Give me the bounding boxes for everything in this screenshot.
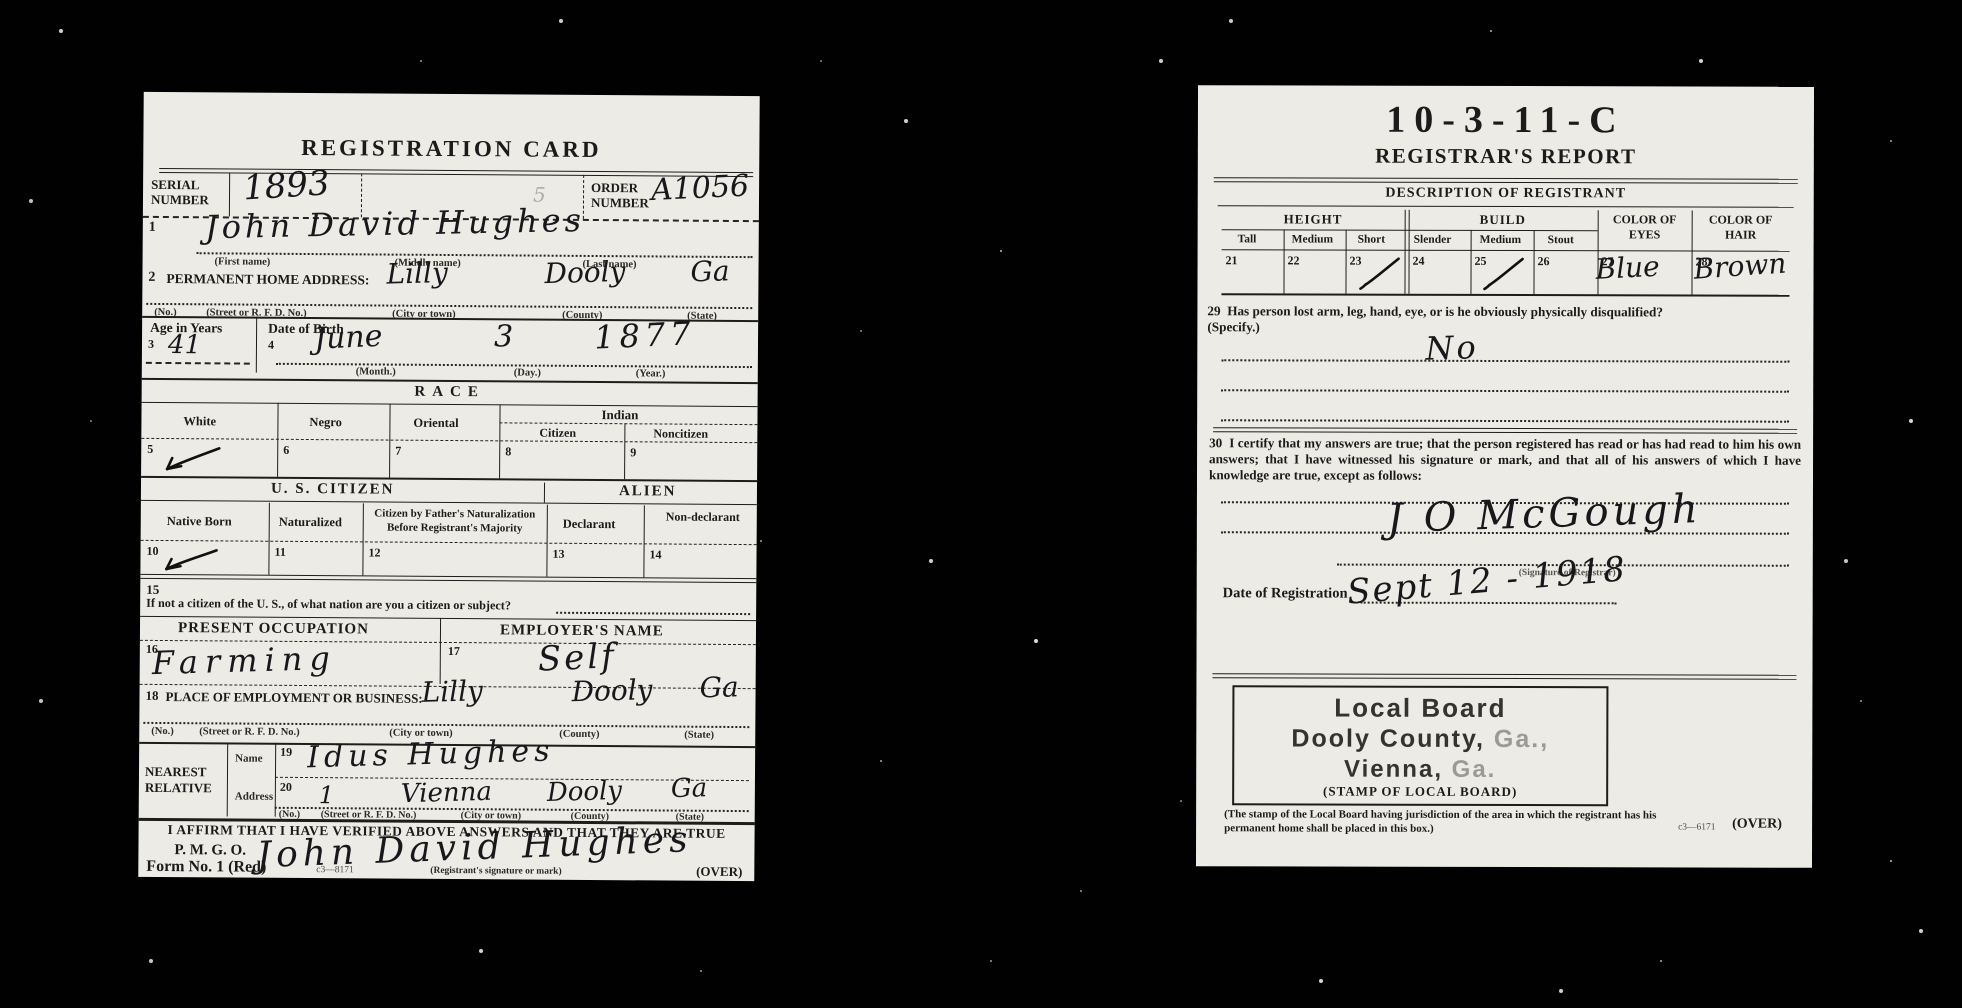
eyes-color-value: Blue	[1595, 253, 1660, 284]
father-naturalization-label: Citizen by Father's Naturalization Befor…	[369, 507, 541, 536]
divider	[268, 503, 270, 575]
name-label: Name	[235, 753, 263, 765]
stamp-line-1: Local Board	[1234, 692, 1606, 724]
pmgo-label: P. M. G. O.	[174, 842, 246, 859]
order-number-value: A1056	[650, 172, 749, 206]
registration-card: REGISTRATION CARD SERIAL NUMBER 1893 5 O…	[138, 92, 759, 881]
line-number: 19	[280, 745, 292, 760]
check-mark-white	[159, 446, 223, 472]
line-number: 2	[148, 270, 155, 286]
check-mark-native-born	[158, 548, 222, 572]
divider	[1283, 229, 1284, 293]
divider	[624, 423, 625, 479]
divider	[256, 317, 257, 373]
rule	[146, 362, 250, 365]
rule	[1218, 205, 1794, 208]
stamp-of-local-board-label: (STAMP OF LOCAL BOARD)	[1234, 783, 1606, 800]
rule	[1221, 389, 1789, 392]
specify-label: (Specify.)	[1207, 319, 1259, 335]
question-30-text: 30 I certify that my answers are true; t…	[1209, 435, 1801, 485]
state-label: (State)	[684, 730, 714, 741]
rule	[1212, 673, 1796, 680]
line-number: 20	[280, 780, 292, 795]
rule	[1221, 419, 1789, 422]
card-footer: P. M. G. O. Form No. 1 (Red) c3—8171 Joh…	[138, 838, 754, 881]
card-code: 10-3-11-C	[1198, 97, 1814, 143]
medium-label: Medium	[1292, 233, 1334, 245]
box-number: 12	[368, 545, 380, 560]
race-header: RACE	[142, 382, 758, 403]
birth-year-value: 1877	[593, 317, 696, 354]
nearest-relative-label: NEAREST RELATIVE	[145, 764, 212, 796]
day-label: (Day.)	[514, 367, 541, 378]
question-29-text: 29 Has person lost arm, leg, hand, eye, …	[1207, 303, 1807, 320]
stamp-line-2: Dooly County, Ga.,	[1234, 724, 1606, 754]
race-negro-label: Negro	[309, 415, 342, 430]
address-city-value: Lilly	[386, 259, 448, 289]
relative-addr-state-value: Ga	[671, 775, 708, 802]
short-label: Short	[1358, 234, 1386, 246]
employer-value: Self	[537, 639, 617, 677]
street-label: (Street or R. F. D. No.)	[199, 726, 299, 738]
box-number: 10	[146, 544, 158, 559]
divider	[1408, 210, 1409, 294]
birth-day-value: 3	[494, 322, 513, 352]
scanned-draft-card-page: REGISTRATION CARD SERIAL NUMBER 1893 5 O…	[0, 0, 1962, 1008]
film-speckles	[0, 0, 2, 2]
box-number: 7	[395, 444, 401, 459]
divider	[362, 503, 364, 575]
us-citizen-header: U. S. CITIZEN	[271, 481, 395, 499]
box-number: 24	[1413, 254, 1425, 269]
form-number-label: Form No. 1 (Red)	[146, 858, 266, 877]
box-number: 11	[274, 545, 285, 560]
color-of-hair-header: COLOR OF HAIR	[1694, 212, 1788, 242]
divider	[275, 743, 277, 817]
line15-question: If not a citizen of the U. S., of what n…	[146, 596, 511, 614]
stamp-footnote: (The stamp of the Local Board having jur…	[1224, 807, 1660, 837]
serial-number-label: SERIAL NUMBER	[151, 178, 209, 208]
color-of-eyes-header: COLOR OF EYES	[1600, 212, 1690, 242]
card-title: REGISTRAR'S REPORT	[1198, 143, 1814, 170]
divider	[227, 742, 229, 816]
relative-addr-city-value: Vienna	[401, 779, 493, 808]
alien-header: ALIEN	[619, 483, 677, 500]
employment-county-value: Dooly	[571, 676, 653, 706]
occupation-value: Farming	[151, 642, 337, 679]
year-label: (Year.)	[636, 368, 666, 379]
hair-color-value: Brown	[1693, 250, 1787, 284]
divider	[643, 505, 645, 577]
address-county-value: Dooly	[544, 258, 626, 288]
month-label: (Month.)	[356, 366, 396, 377]
age-dob-block: Age in Years Date of Birth 3 41 4 June 3…	[142, 316, 758, 384]
description-table: HEIGHT BUILD COLOR OF EYES COLOR OF HAIR…	[1221, 209, 1789, 294]
registrant-name-value: John David Hughes	[205, 204, 586, 243]
stamp-line-3: Vienna, Ga.	[1234, 755, 1606, 784]
divider	[1345, 230, 1346, 294]
age-value: 41	[168, 332, 201, 358]
description-header: DESCRIPTION OF REGISTRANT	[1198, 185, 1814, 203]
county-label: (County)	[559, 729, 599, 740]
stout-label: Stout	[1548, 234, 1574, 246]
box-number: 13	[552, 547, 564, 562]
build-header: BUILD	[1480, 212, 1526, 228]
box-number: 9	[630, 445, 636, 460]
card-title: REGISTRATION CARD	[143, 134, 759, 164]
line-number: 18	[145, 688, 158, 704]
rule	[1221, 359, 1789, 362]
local-board-stamp-box: Local Board Dooly County, Ga., Vienna, G…	[1232, 685, 1608, 806]
declarant-label: Declarant	[563, 517, 616, 532]
divider	[1470, 230, 1471, 294]
medium-build-label: Medium	[1480, 234, 1522, 246]
order-number-label: ORDER NUMBER	[591, 181, 649, 211]
date-of-registration-label: Date of Registration	[1223, 585, 1348, 602]
line-number: 4	[268, 338, 274, 353]
divider	[440, 618, 441, 684]
rule	[1214, 177, 1798, 184]
rule	[142, 402, 758, 407]
line-number: 1	[149, 220, 156, 236]
address-state-value: Ga	[690, 257, 730, 286]
citizen-table: Native Born Naturalized Citizen by Fathe…	[140, 502, 756, 578]
rule	[197, 252, 753, 258]
print-code: c3—6171	[1678, 822, 1715, 832]
employment-label: PLACE OF EMPLOYMENT OR BUSINESS:	[165, 689, 422, 707]
height-header: HEIGHT	[1284, 211, 1343, 227]
tall-label: Tall	[1238, 233, 1257, 245]
line-number: 3	[148, 337, 154, 352]
race-table: White Negro Oriental Indian Citizen Nonc…	[141, 402, 758, 480]
divider	[1404, 210, 1405, 294]
race-oriental-label: Oriental	[413, 416, 458, 431]
rule	[1221, 293, 1789, 296]
race-indian-noncitizen-label: Noncitizen	[653, 426, 708, 441]
relative-addr-no-value: 1	[319, 783, 334, 807]
signature-label: (Registrant's signature or mark)	[430, 866, 561, 877]
over-label: (OVER)	[1732, 817, 1782, 833]
box-number: 6	[283, 443, 289, 458]
rule	[499, 422, 757, 425]
over-label: (OVER)	[696, 864, 742, 880]
birth-month-value: June	[313, 322, 383, 355]
divider	[544, 483, 545, 503]
divider	[546, 505, 548, 577]
non-declarant-label: Non-declarant	[657, 509, 749, 524]
present-occupation-header: PRESENT OCCUPATION	[178, 620, 369, 638]
nearest-relative-block: NEAREST RELATIVE Name Address 19 Idus Hu…	[139, 742, 756, 820]
check-mark-short	[1359, 258, 1401, 288]
box-number: 22	[1288, 253, 1300, 268]
box-number: 5	[147, 442, 153, 457]
box-number: 26	[1538, 254, 1550, 269]
registrar-signature: J O McGough	[1386, 489, 1702, 539]
first-name-label: (First name)	[215, 256, 271, 267]
employment-state-value: Ga	[699, 673, 739, 702]
relative-addr-county-value: Dooly	[547, 778, 623, 806]
race-indian-label: Indian	[601, 407, 638, 423]
home-address-row: 2 PERMANENT HOME ADDRESS: Lilly Dooly Ga…	[142, 270, 758, 322]
box-number: 14	[649, 547, 661, 562]
rule	[556, 612, 750, 615]
no-label: (No.)	[151, 726, 174, 737]
box-number: 21	[1226, 253, 1238, 268]
native-born-label: Native Born	[167, 514, 232, 529]
employment-city-value: Lilly	[421, 677, 483, 707]
line-number: 17	[448, 644, 460, 659]
question-29-block: 29 Has person lost arm, leg, hand, eye, …	[1197, 303, 1813, 425]
race-white-label: White	[183, 414, 216, 429]
citizen-alien-header: U. S. CITIZEN ALIEN	[141, 480, 757, 504]
rule	[1213, 427, 1797, 434]
slender-label: Slender	[1414, 234, 1452, 246]
registrars-report-card: 10-3-11-C REGISTRAR'S REPORT DESCRIPTION…	[1196, 85, 1814, 868]
line15-row: 15 If not a citizen of the U. S., of wha…	[140, 582, 756, 618]
home-address-label: PERMANENT HOME ADDRESS:	[166, 271, 369, 288]
naturalized-label: Naturalized	[279, 515, 342, 530]
rule	[141, 540, 757, 545]
divider	[1533, 230, 1534, 294]
relative-name-value: Idus Hughes	[307, 736, 555, 773]
serial-number-value: 1893	[242, 166, 330, 205]
name-row: 1 John David Hughes (First name) (Middle…	[143, 218, 759, 268]
check-mark-medium-build	[1483, 258, 1525, 288]
race-indian-citizen-label: Citizen	[539, 426, 576, 441]
box-number: 8	[505, 444, 511, 459]
address-label: Address	[235, 791, 273, 803]
